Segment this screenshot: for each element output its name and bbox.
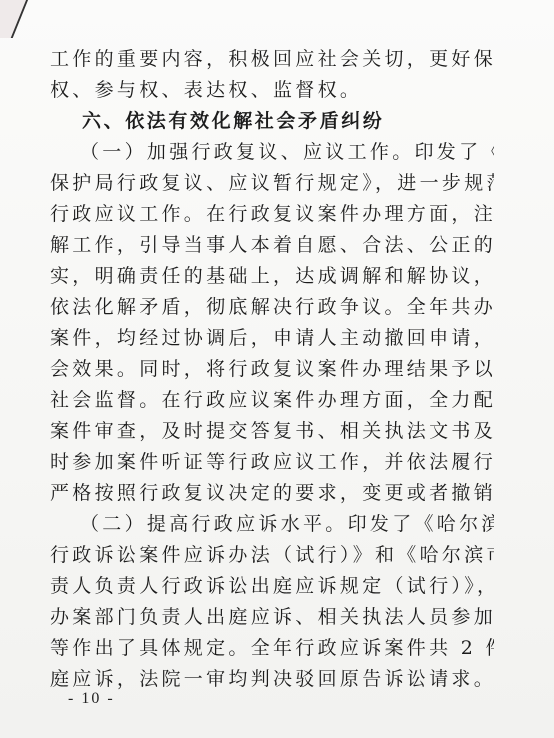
paragraph-line: 行政诉讼案件应诉办法（试行）》和《哈尔滨市环境保护局负: [50, 540, 494, 571]
document-body: 工作的重要内容，积极回应社会关切，更好保障人民群众知情 权、参与权、表达权、监督…: [50, 44, 494, 695]
paragraph-line: 案件审查，及时提交答复书、相关执法文书及执法证据，并按: [50, 416, 494, 447]
paragraph-line: 实，明确责任的基础上，达成调解和解协议，促成双方当事人: [50, 261, 494, 292]
page-number: - 10 -: [68, 690, 115, 708]
paragraph-line: 责人负责人行政诉讼出庭应诉规定（试行）》，对局负责人和: [50, 571, 494, 602]
paragraph-line: 时参加案件听证等行政应议工作，并依法履行行政复议决定，: [50, 447, 494, 478]
section-heading: 六、依法有效化解社会矛盾纠纷: [50, 106, 494, 137]
paragraph-line: 严格按照行政复议决定的要求，变更或者撤销具体行政行为。: [50, 478, 494, 509]
page-corner-fold-mark: [0, 0, 31, 38]
paragraph-line: 行政应议工作。在行政复议案件办理方面，注重开展调解、和: [50, 199, 494, 230]
subsection-1-first-line: （一）加强行政复议、应议工作。印发了《哈尔滨市环境: [50, 137, 494, 168]
paragraph-line: 庭应诉，法院一审均判决驳回原告诉讼请求。: [50, 664, 494, 695]
paragraph-line: 社会监督。在行政应议案件办理方面，全力配合行政复议机关: [50, 385, 494, 416]
subsection-2-first-line: （二）提高行政应诉水平。印发了《哈尔滨市环境保护局: [50, 509, 494, 540]
paragraph-line: 保护局行政复议、应议暂行规定》，进一步规范了行政复议和: [50, 168, 494, 199]
paragraph-line: 案件，均经过协调后，申请人主动撤回申请，取得了满意的社: [50, 323, 494, 354]
document-page: 工作的重要内容，积极回应社会关切，更好保障人民群众知情 权、参与权、表达权、监督…: [0, 0, 554, 738]
paragraph-line: 解工作，引导当事人本着自愿、合法、公正的原则，在查清事: [50, 230, 494, 261]
paragraph-line: 权、参与权、表达权、监督权。: [50, 75, 494, 106]
paragraph-line: 工作的重要内容，积极回应社会关切，更好保障人民群众知情: [50, 44, 494, 75]
paragraph-line: 等作出了具体规定。全年行政应诉案件共 2 件，局负责人均出: [50, 633, 494, 664]
paragraph-line: 会效果。同时，将行政复议案件办理结果予以公开，主动接受: [50, 354, 494, 385]
paragraph-line: 办案部门负责人出庭应诉、相关执法人员参加听证和旁听庭审: [50, 602, 494, 633]
paragraph-line: 依法化解矛盾，彻底解决行政争议。全年共办理 2 件行政复议: [50, 292, 494, 323]
